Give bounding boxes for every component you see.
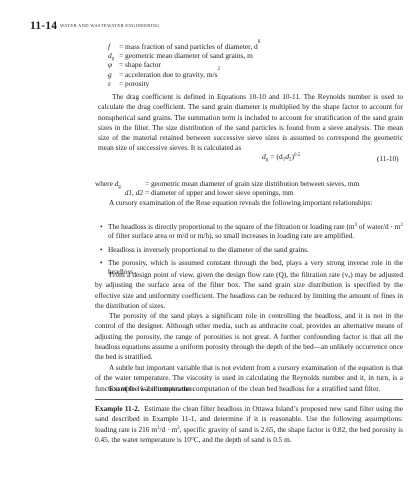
variable-definitions: f = mass fraction of sand particles of d… (108, 42, 260, 88)
running-title: WATER AND WASTEWATER ENGINEERING (60, 23, 160, 28)
variable-row: f = mass fraction of sand particles of d… (108, 42, 260, 51)
bullet-item: • The headloss is directly proportional … (100, 222, 403, 240)
variable-row: dg = geometric mean diameter of sand gra… (108, 51, 260, 60)
equation-number: (11-10) (377, 154, 399, 163)
where-row: d1, d2 = diameter of upper and lower sie… (95, 188, 359, 197)
where-row: where dg = geometric mean diameter of gr… (95, 179, 359, 188)
page-number: 11-14 (30, 20, 57, 32)
divider (95, 399, 403, 400)
paragraph-drag-coefficient: The drag coefficient is defined in Equat… (98, 92, 403, 154)
example-label: Example 11-2. (95, 404, 140, 413)
equation: dg = (d1d2)0.5 (262, 152, 300, 161)
paragraph-rose-relationships: A cursory examination of the Rose equati… (95, 198, 400, 208)
paragraph-design: From a design point of view, given the d… (95, 270, 403, 311)
paragraph-example-intro: Example 11-2 illustrates the computation… (95, 384, 403, 394)
paragraph-porosity: The porosity of the sand plays a signifi… (95, 311, 403, 362)
variable-row: ε = porosity (108, 79, 260, 88)
where-definitions: where dg = geometric mean diameter of gr… (95, 179, 359, 197)
example-box: Example 11-2. Estimate the clean filter … (95, 404, 403, 445)
variable-row: g = acceleration due to gravity, m/s2 (108, 70, 260, 79)
bullet-item: • Headloss is inversely proportional to … (100, 245, 403, 254)
variable-row: φ = shape factor (108, 60, 260, 69)
